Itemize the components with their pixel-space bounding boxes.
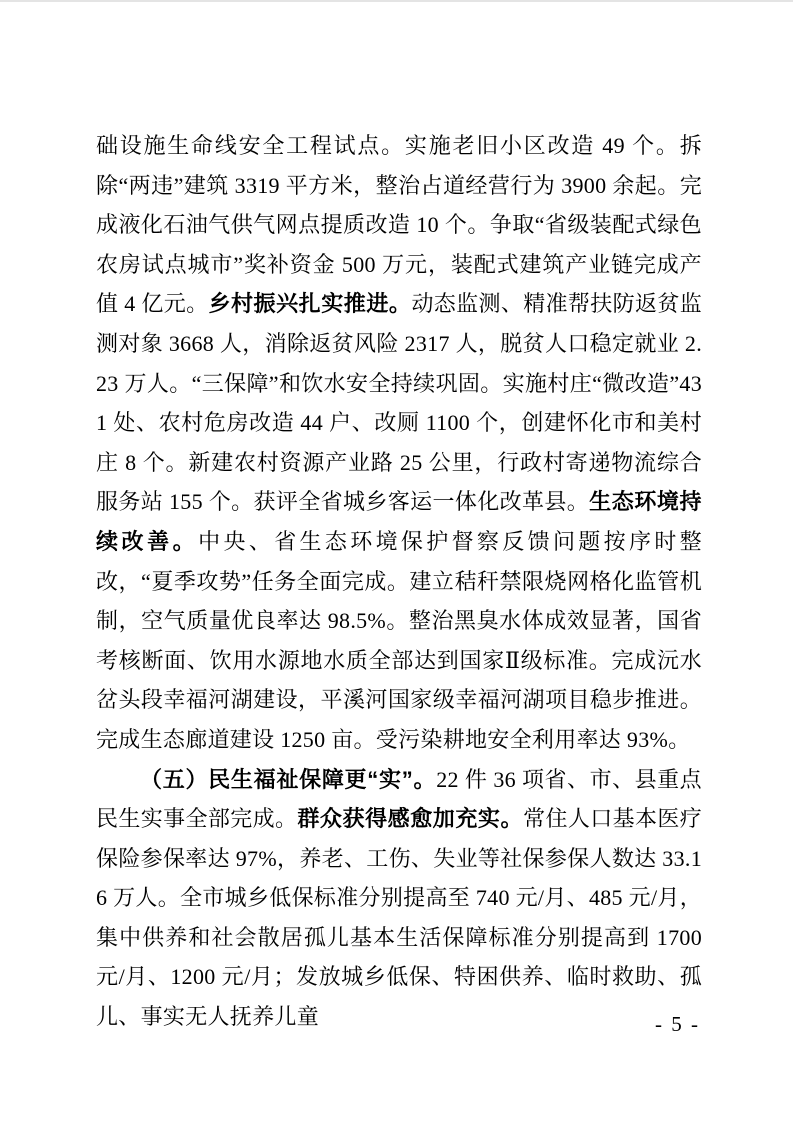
text-run: 础设施生命线安全工程试点。实施老旧小区改造 49 个。拆除“两违”建筑 3319…: [96, 133, 702, 316]
text-run: 中央、省生态环境保护督察反馈问题按序时整改，“夏季攻势”任务全面完成。建立秸秆禁…: [96, 529, 702, 752]
paragraph-continuation: 础设施生命线安全工程试点。实施老旧小区改造 49 个。拆除“两违”建筑 3319…: [96, 126, 702, 760]
emphasis-run: （五）民生福祉保障更“实”。: [140, 767, 436, 792]
page-number: - 5 -: [655, 1012, 700, 1036]
emphasis-run: 群众获得感愈加充实。: [297, 806, 523, 831]
document-page: 础设施生命线安全工程试点。实施老旧小区改造 49 个。拆除“两违”建筑 3319…: [0, 0, 793, 1122]
document-body: 础设施生命线安全工程试点。实施老旧小区改造 49 个。拆除“两违”建筑 3319…: [96, 126, 702, 1037]
emphasis-run: 乡村振兴扎实推进。: [208, 291, 411, 316]
text-run: 动态监测、精准帮扶防返贫监测对象 3668 人，消除返贫风险 2317 人，脱贫…: [96, 291, 702, 514]
paragraph-section-five: （五）民生福祉保障更“实”。22 件 36 项省、市、县重点民生实事全部完成。群…: [96, 760, 702, 1037]
text-run: 常住人口基本医疗保险参保率达 97%，养老、工伤、失业等社保参保人数达 33.1…: [96, 806, 702, 1029]
